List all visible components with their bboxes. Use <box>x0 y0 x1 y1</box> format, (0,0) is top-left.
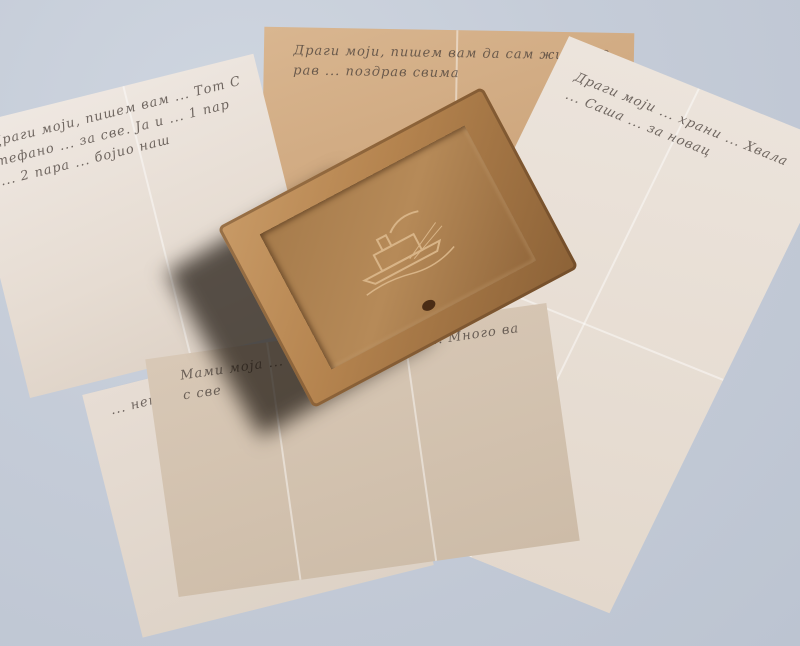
box-lid <box>217 87 578 409</box>
box-lid-panel <box>260 125 537 369</box>
ship-carving-icon <box>333 191 463 304</box>
box-clasp <box>420 298 437 313</box>
wooden-box <box>228 105 558 375</box>
photo-scene: Драги моји, пишем вам да сам жив и здрав… <box>0 0 800 646</box>
